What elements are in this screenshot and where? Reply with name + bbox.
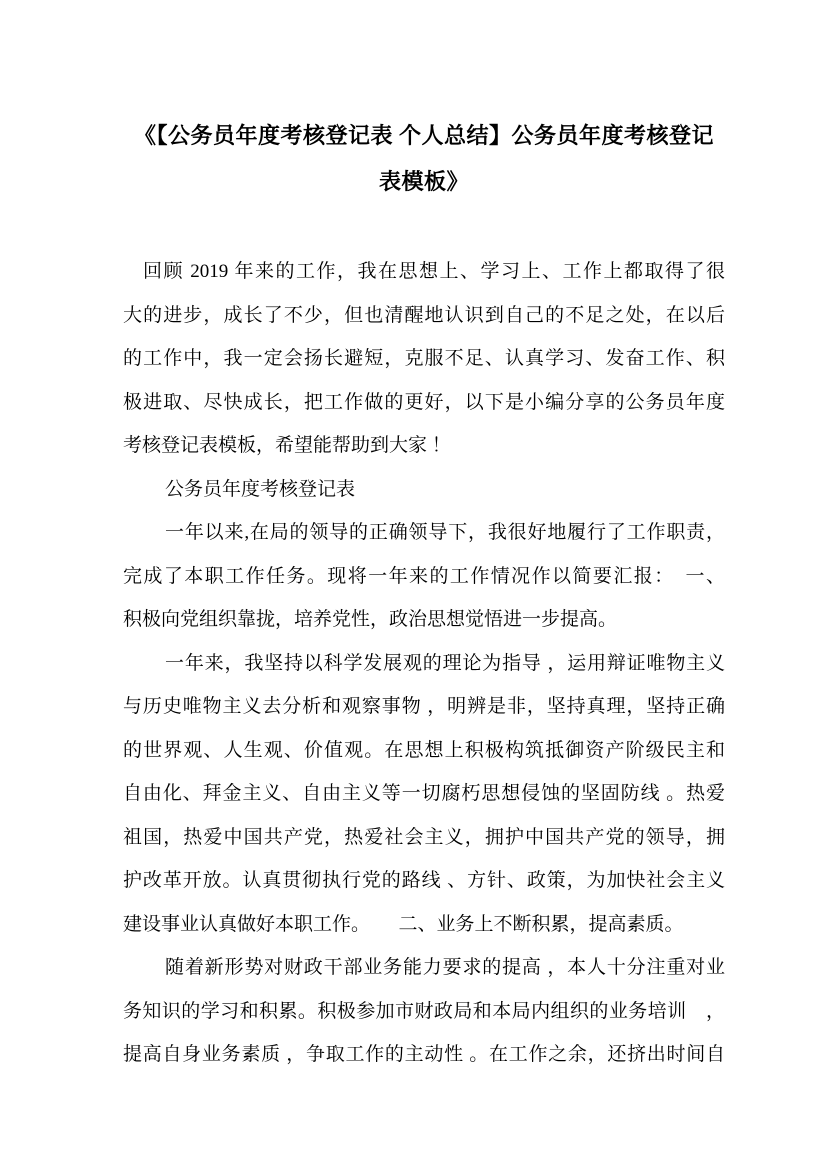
text-line: 极进取、尽快成长，把工作做的更好，以下是小编分享的公务员年度: [123, 381, 725, 425]
text-line: 建设事业认真做好本职工作。 二、业务上不断积累，提高素质。: [123, 903, 725, 947]
text-line: 大的进步，成长了不少，但也清醒地认识到自己的不足之处，在以后: [123, 294, 725, 338]
text-line: 务知识的学习和积累。积极参加市财政局和本局内组织的业务培训 ，: [123, 990, 725, 1034]
text-line: 完成了本职工作任务。现将一年来的工作情况作以简要汇报： 一、: [123, 555, 725, 599]
paragraph: 公务员年度考核登记表: [123, 468, 725, 512]
text-line: 护改革开放。认真贯彻执行党的路线 、方针、政策，为加快社会主义: [123, 859, 725, 903]
text-line: 公务员年度考核登记表: [123, 468, 725, 512]
text-line: 与历史唯物主义去分析和观察事物 ，明辨是非，坚持真理，坚持正确: [123, 685, 725, 729]
text-line: 自由化、拜金主义、自由主义等一切腐朽思想侵蚀的坚固防线 。热爱: [123, 772, 725, 816]
document-page: 《【公务员年度考核登记表 个人总结】公务员年度考核登记 表模板》 回顾 2019…: [0, 0, 827, 1170]
title-line: 表模板》: [123, 159, 725, 205]
text-line: 一年以来,在局的领导的正确领导下，我很好地履行了工作职责，: [123, 511, 725, 555]
text-line: 积极向党组织靠拢，培养党性，政治思想觉悟进一步提高。: [123, 598, 725, 642]
document-body: 回顾 2019 年来的工作，我在思想上、学习上、工作上都取得了很 大的进步，成长…: [123, 250, 725, 1077]
text-line: 考核登记表模板，希望能帮助到大家 ！: [123, 424, 725, 468]
document-title: 《【公务员年度考核登记表 个人总结】公务员年度考核登记 表模板》: [123, 113, 725, 205]
text-line: 提高自身业务素质 ，争取工作的主动性 。在工作之余，还挤出时间自: [123, 1033, 725, 1077]
page-content: 《【公务员年度考核登记表 个人总结】公务员年度考核登记 表模板》 回顾 2019…: [123, 113, 725, 1077]
text-line: 一年来，我坚持以科学发展观的理论为指导 ，运用辩证唯物主义: [123, 642, 725, 686]
paragraph: 一年来，我坚持以科学发展观的理论为指导 ，运用辩证唯物主义 与历史唯物主义去分析…: [123, 642, 725, 947]
text-line: 的工作中，我一定会扬长避短，克服不足、认真学习、发奋工作、积: [123, 337, 725, 381]
text-line: 回顾 2019 年来的工作，我在思想上、学习上、工作上都取得了很: [123, 250, 725, 294]
text-line: 的世界观、人生观、价值观。在思想上积极构筑抵御资产阶级民主和: [123, 729, 725, 773]
title-line: 《【公务员年度考核登记表 个人总结】公务员年度考核登记: [123, 113, 725, 159]
text-line: 随着新形势对财政干部业务能力要求的提高 ，本人十分注重对业: [123, 946, 725, 990]
paragraph: 随着新形势对财政干部业务能力要求的提高 ，本人十分注重对业 务知识的学习和积累。…: [123, 946, 725, 1077]
paragraph: 回顾 2019 年来的工作，我在思想上、学习上、工作上都取得了很 大的进步，成长…: [123, 250, 725, 468]
text-line: 祖国，热爱中国共产党，热爱社会主义，拥护中国共产党的领导，拥: [123, 816, 725, 860]
paragraph: 一年以来,在局的领导的正确领导下，我很好地履行了工作职责， 完成了本职工作任务。…: [123, 511, 725, 642]
